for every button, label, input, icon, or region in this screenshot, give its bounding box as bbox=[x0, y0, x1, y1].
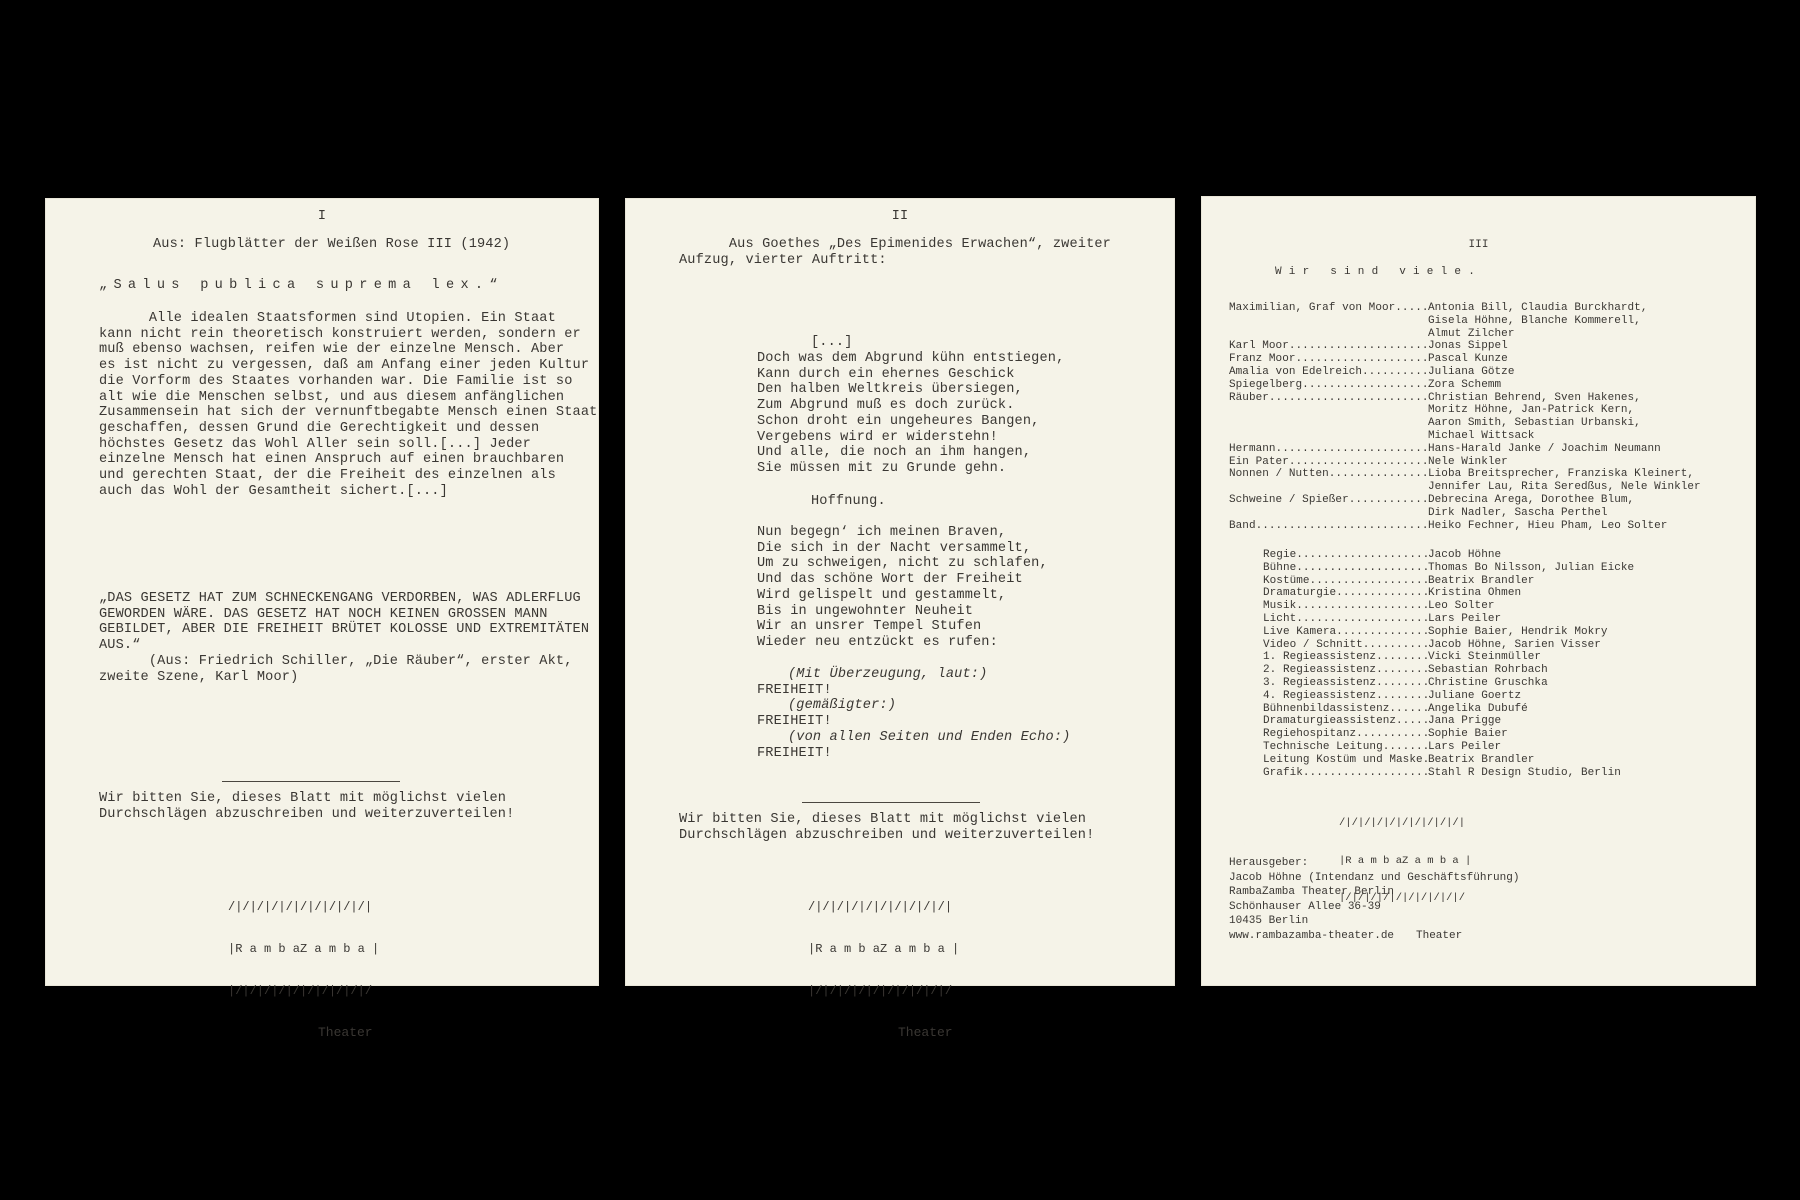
credit-names: Pascal Kunze bbox=[1428, 353, 1508, 366]
credit-role: Technische Leitung....... bbox=[1263, 741, 1428, 754]
credit-names: Beatrix Brandler bbox=[1428, 575, 1534, 588]
credit-role: Spiegelberg................... bbox=[1229, 379, 1428, 392]
logo-wordmark: |R a m b aZ a m b a | bbox=[228, 942, 379, 956]
credit-names: Zora Schemm bbox=[1428, 379, 1501, 392]
stage-direction: (Mit Überzeugung, laut:) bbox=[757, 667, 1070, 683]
credit-names: Heiko Fechner, Hieu Pham, Leo Solter bbox=[1428, 520, 1667, 533]
credit-role: Band.......................... bbox=[1229, 520, 1428, 533]
credit-row: 3. Regieassistenz........Christine Grusc… bbox=[1263, 677, 1743, 690]
poem-stanza-1: Doch was dem Abgrund kühn entstiegen, Ka… bbox=[757, 351, 1064, 477]
credit-names: Leo Solter bbox=[1428, 600, 1495, 613]
logo-border-top: /|/|/|/|/|/|/|/|/|/| bbox=[808, 900, 959, 914]
divider bbox=[802, 802, 980, 803]
credit-role: Schweine / Spießer............ bbox=[1229, 494, 1428, 520]
credit-names: Lars Peiler bbox=[1428, 741, 1501, 754]
credit-row: Schweine / Spießer............Debrecina … bbox=[1229, 494, 1749, 520]
logo-border-bottom: |/|/|/|/|/|/|/|/|/|/ bbox=[228, 984, 379, 998]
credit-names: Kristina Ohmen bbox=[1428, 587, 1521, 600]
credit-names: Nele Winkler bbox=[1428, 456, 1508, 469]
poem-stanza-2: Nun begegn‘ ich meinen Braven, Die sich … bbox=[757, 525, 1048, 651]
credit-names: Antonia Bill, Claudia Burckhardt, Gisela… bbox=[1428, 302, 1648, 340]
credit-role: Nonnen / Nutten............... bbox=[1229, 468, 1428, 494]
credit-names: Sophie Baier bbox=[1428, 728, 1508, 741]
cast-title: Wir sind viele. bbox=[1275, 266, 1482, 279]
credit-names: Thomas Bo Nilsson, Julian Eicke bbox=[1428, 562, 1634, 575]
logo-wordmark: |R a m b aZ a m b a | bbox=[808, 942, 959, 956]
credit-names: Sophie Baier, Hendrik Mokry bbox=[1428, 626, 1608, 639]
credit-row: Dramaturgie..............Kristina Ohmen bbox=[1263, 587, 1743, 600]
credit-names: Hans-Harald Janke / Joachim Neumann bbox=[1428, 443, 1661, 456]
stage-direction: (gemäßigter:) bbox=[757, 698, 1070, 714]
poem-ellipsis: [...] bbox=[811, 335, 853, 351]
appeal-text: Wir bitten Sie, dieses Blatt mit möglich… bbox=[679, 812, 1094, 843]
credit-row: Licht....................Lars Peiler bbox=[1263, 613, 1743, 626]
credit-role: Grafik................... bbox=[1263, 767, 1428, 780]
logo-subtitle: Theater bbox=[228, 1026, 379, 1040]
logo-subtitle: Theater bbox=[808, 1026, 959, 1040]
credit-names: Jacob Höhne, Sarien Visser bbox=[1428, 639, 1601, 652]
credit-role: Maximilian, Graf von Moor..... bbox=[1229, 302, 1428, 340]
credit-names: Juliana Götze bbox=[1428, 366, 1514, 379]
page-numeral: III bbox=[1201, 239, 1756, 252]
credit-role: Leitung Kostüm und Maske.. bbox=[1263, 754, 1428, 767]
credit-row: Nonnen / Nutten...............Lioba Brei… bbox=[1229, 468, 1749, 494]
credit-role: Dramaturgie.............. bbox=[1263, 587, 1428, 600]
publisher-info: Herausgeber: Jacob Höhne (Intendanz und … bbox=[1229, 856, 1519, 943]
rambazamba-logo: /|/|/|/|/|/|/|/|/|/| |R a m b aZ a m b a… bbox=[808, 872, 959, 1068]
credit-role: 3. Regieassistenz........ bbox=[1263, 677, 1428, 690]
credit-role: Räuber........................ bbox=[1229, 392, 1428, 443]
credit-row: Kostüme..................Beatrix Brandle… bbox=[1263, 575, 1743, 588]
credit-role: Dramaturgieassistenz..... bbox=[1263, 715, 1428, 728]
freiheit-cry: FREIHEIT! bbox=[757, 714, 1070, 730]
credit-row: Regiehospitanz...........Sophie Baier bbox=[1263, 728, 1743, 741]
credit-role: Musik.................... bbox=[1263, 600, 1428, 613]
credit-row: Leitung Kostüm und Maske..Beatrix Brandl… bbox=[1263, 754, 1743, 767]
credit-row: Räuber........................Christian … bbox=[1229, 392, 1749, 443]
credit-row: Ein Pater.....................Nele Winkl… bbox=[1229, 456, 1749, 469]
credit-row: Dramaturgieassistenz.....Jana Prigge bbox=[1263, 715, 1743, 728]
poem-section-title: Hoffnung. bbox=[811, 494, 886, 510]
credit-names: Lioba Breitsprecher, Franziska Kleinert,… bbox=[1428, 468, 1701, 494]
credit-names: Angelika Dubufé bbox=[1428, 703, 1528, 716]
appeal-text: Wir bitten Sie, dieses Blatt mit möglich… bbox=[99, 791, 514, 822]
credit-role: Regie.................... bbox=[1263, 549, 1428, 562]
credit-row: Musik....................Leo Solter bbox=[1263, 600, 1743, 613]
intro-text: Aus Goethes „Des Epimenides Erwachen“, z… bbox=[679, 237, 1111, 268]
credit-row: Spiegelberg...................Zora Schem… bbox=[1229, 379, 1749, 392]
flyer-page-2: II Aus Goethes „Des Epimenides Erwachen“… bbox=[625, 198, 1175, 986]
credit-row: Bühne....................Thomas Bo Nilss… bbox=[1263, 562, 1743, 575]
freiheit-cry: FREIHEIT! bbox=[757, 683, 1070, 699]
freiheit-cry: FREIHEIT! bbox=[757, 746, 1070, 762]
page-numeral: I bbox=[45, 209, 599, 225]
credit-role: Licht.................... bbox=[1263, 613, 1428, 626]
credit-role: 1. Regieassistenz........ bbox=[1263, 651, 1428, 664]
credit-names: Juliane Goertz bbox=[1428, 690, 1521, 703]
credit-row: Hermann.......................Hans-Haral… bbox=[1229, 443, 1749, 456]
credit-row: Technische Leitung.......Lars Peiler bbox=[1263, 741, 1743, 754]
motto: „Salus publica suprema lex.“ bbox=[99, 278, 504, 294]
rambazamba-logo: /|/|/|/|/|/|/|/|/|/| |R a m b aZ a m b a… bbox=[228, 872, 379, 1068]
credit-names: Beatrix Brandler bbox=[1428, 754, 1534, 767]
credit-names: Vicki Steinmüller bbox=[1428, 651, 1541, 664]
credit-row: 2. Regieassistenz........Sebastian Rohrb… bbox=[1263, 664, 1743, 677]
credit-role: Bühnenbildassistenz...... bbox=[1263, 703, 1428, 716]
credit-row: Bühnenbildassistenz......Angelika Dubufé bbox=[1263, 703, 1743, 716]
credit-row: Regie....................Jacob Höhne bbox=[1263, 549, 1743, 562]
credit-names: Debrecina Arega, Dorothee Blum, Dirk Nad… bbox=[1428, 494, 1634, 520]
credit-role: Amalia von Edelreich.......... bbox=[1229, 366, 1428, 379]
credit-role: Kostüme.................. bbox=[1263, 575, 1428, 588]
divider bbox=[222, 781, 400, 782]
logo-border-top: /|/|/|/|/|/|/|/|/|/| bbox=[1339, 817, 1471, 830]
credit-row: Amalia von Edelreich..........Juliana Gö… bbox=[1229, 366, 1749, 379]
credit-role: 4. Regieassistenz........ bbox=[1263, 690, 1428, 703]
credit-row: Grafik...................Stahl R Design … bbox=[1263, 767, 1743, 780]
credit-role: Regiehospitanz........... bbox=[1263, 728, 1428, 741]
credit-row: Karl Moor.....................Jonas Sipp… bbox=[1229, 340, 1749, 353]
schiller-quote: „DAS GESETZ HAT ZUM SCHNECKENGANG VERDOR… bbox=[99, 591, 589, 685]
credit-role: Karl Moor..................... bbox=[1229, 340, 1428, 353]
flyer-page-3: III Wir sind viele. Maximilian, Graf von… bbox=[1201, 196, 1756, 986]
credit-row: 1. Regieassistenz........Vicki Steinmüll… bbox=[1263, 651, 1743, 664]
credit-role: Live Kamera.............. bbox=[1263, 626, 1428, 639]
credit-names: Sebastian Rohrbach bbox=[1428, 664, 1548, 677]
credit-names: Jana Prigge bbox=[1428, 715, 1501, 728]
credit-row: Live Kamera..............Sophie Baier, H… bbox=[1263, 626, 1743, 639]
credit-row: Maximilian, Graf von Moor.....Antonia Bi… bbox=[1229, 302, 1749, 340]
crew-list: Regie....................Jacob HöhneBühn… bbox=[1263, 549, 1743, 779]
stage-direction: (von allen Seiten und Enden Echo:) bbox=[757, 730, 1070, 746]
credit-role: 2. Regieassistenz........ bbox=[1263, 664, 1428, 677]
credit-names: Stahl R Design Studio, Berlin bbox=[1428, 767, 1621, 780]
credit-role: Franz Moor.................... bbox=[1229, 353, 1428, 366]
credit-row: Franz Moor....................Pascal Kun… bbox=[1229, 353, 1749, 366]
credit-row: 4. Regieassistenz........Juliane Goertz bbox=[1263, 690, 1743, 703]
body-text: Alle idealen Staatsformen sind Utopien. … bbox=[99, 311, 597, 499]
page-numeral: II bbox=[625, 209, 1175, 225]
logo-border-bottom: |/|/|/|/|/|/|/|/|/|/ bbox=[808, 984, 959, 998]
credit-names: Lars Peiler bbox=[1428, 613, 1501, 626]
credit-role: Ein Pater..................... bbox=[1229, 456, 1428, 469]
credit-role: Video / Schnitt.......... bbox=[1263, 639, 1428, 652]
flyer-page-1: I Aus: Flugblätter der Weißen Rose III (… bbox=[45, 198, 599, 986]
credit-names: Christine Gruschka bbox=[1428, 677, 1548, 690]
cast-list: Maximilian, Graf von Moor.....Antonia Bi… bbox=[1229, 302, 1749, 532]
credit-row: Band..........................Heiko Fech… bbox=[1229, 520, 1749, 533]
credit-names: Christian Behrend, Sven Hakenes, Moritz … bbox=[1428, 392, 1641, 443]
credit-role: Hermann....................... bbox=[1229, 443, 1428, 456]
credit-role: Bühne.................... bbox=[1263, 562, 1428, 575]
credit-row: Video / Schnitt..........Jacob Höhne, Sa… bbox=[1263, 639, 1743, 652]
page-heading: Aus: Flugblätter der Weißen Rose III (19… bbox=[153, 237, 510, 253]
logo-border-top: /|/|/|/|/|/|/|/|/|/| bbox=[228, 900, 379, 914]
credit-names: Jonas Sippel bbox=[1428, 340, 1508, 353]
credit-names: Jacob Höhne bbox=[1428, 549, 1501, 562]
poem-finale: (Mit Überzeugung, laut:)FREIHEIT!(gemäßi… bbox=[757, 667, 1070, 761]
